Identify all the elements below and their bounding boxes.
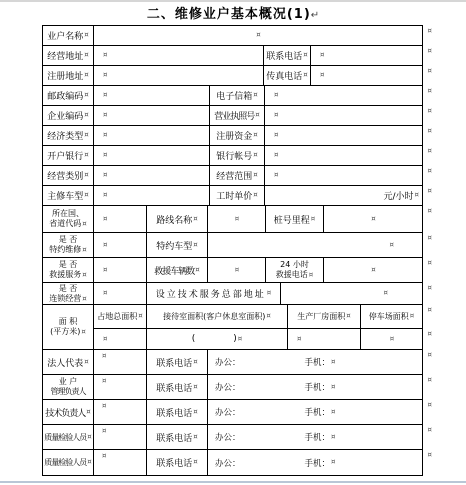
rescue-vehicles-value-cell[interactable]: ¤ xyxy=(208,258,266,282)
table-row: 开户银行¤ ¤ 银行帐号¤ ¤ ¤ xyxy=(43,146,422,166)
cell-end-mark: ¤ xyxy=(103,216,107,223)
business-name-value-cell[interactable]: ¤ xyxy=(94,26,422,45)
table-row: 经济类型¤ ¤ 注册资金¤ ¤ ¤ xyxy=(43,126,422,146)
registered-address-label: 注册地址¤ xyxy=(43,66,94,85)
land-area-label: 占地总面积¤ xyxy=(94,305,147,328)
mobile-label: 手机： xyxy=(305,406,331,418)
stake-mileage-value-cell[interactable]: ¤ xyxy=(324,206,422,232)
mobile-label: 手机： xyxy=(305,381,331,393)
cell-end-mark: ¤ xyxy=(193,409,197,416)
table-row: 业户名称¤ ¤ ¤ xyxy=(43,26,422,46)
cell-end-mark: ¤ xyxy=(193,384,197,391)
cell-end-mark: ¤ xyxy=(195,267,199,274)
cell-end-mark: ¤ xyxy=(103,336,107,343)
cell-end-mark: ¤ xyxy=(253,152,257,159)
chain-operation-value-cell[interactable]: ¤ xyxy=(94,283,147,304)
cell-end-mark: ¤ xyxy=(103,92,107,99)
road-code-value-cell[interactable]: ¤ xyxy=(94,206,147,232)
area-header-row: 占地总面积¤ 接待室面积(客户休息室面积)¤ 生产厂房面积¤ 停车场面积¤ ¤ xyxy=(94,305,422,329)
cell-end-mark: ¤ xyxy=(82,246,86,254)
table-row: 业 户管理负责人 ¤ 联系电话¤ 办公：手机：¤ ¤ xyxy=(43,375,422,400)
row-end-mark: ¤ xyxy=(428,48,432,55)
manager-value-cell[interactable]: ¤ xyxy=(94,375,147,399)
cell-end-mark: ¤ xyxy=(193,216,197,223)
cell-end-mark: ¤ xyxy=(138,313,142,320)
mobile-label: 手机： xyxy=(305,457,331,469)
row-end-mark: ¤ xyxy=(428,377,432,384)
cell-end-mark: ¤ xyxy=(84,172,88,179)
chain-operation-label: 是 否连锁经营¤ xyxy=(43,283,94,304)
cell-end-mark: ¤ xyxy=(193,459,197,466)
enterprise-code-label: 企业编码¤ xyxy=(43,106,94,125)
email-label: 电子信箱¤ xyxy=(210,86,265,105)
cell-end-mark: ¤ xyxy=(238,336,242,343)
cell-end-mark: ¤ xyxy=(82,271,86,279)
contact-phone-label: 联系电话¤ xyxy=(147,350,208,374)
table-row: 法人代表¤ ¤ 联系电话¤ 办公：手机：¤ ¤ xyxy=(43,350,422,375)
cell-end-mark: ¤ xyxy=(274,132,278,139)
postal-code-label: 邮政编码¤ xyxy=(43,86,94,105)
cell-end-mark: ¤ xyxy=(103,172,107,179)
economic-type-value-cell[interactable]: ¤ xyxy=(94,126,210,145)
contact-phone-label: 联系电话¤ xyxy=(147,400,208,424)
cell-end-mark: ¤ xyxy=(331,459,335,466)
row-end-mark: ¤ xyxy=(428,285,432,292)
authorized-vehicle-value-cell[interactable]: ¤ xyxy=(208,233,422,257)
row-end-mark: ¤ xyxy=(428,452,432,459)
table-row: 主修车型¤ ¤ 工时单价¤ 元/小时¤ ¤ xyxy=(43,186,422,206)
business-address-label: 经营地址¤ xyxy=(43,46,94,65)
business-name-label: 业户名称¤ xyxy=(43,26,94,45)
labor-price-unit: 元/小时 xyxy=(383,189,413,202)
cell-end-mark: ¤ xyxy=(346,313,350,320)
table-row: 质量检验人员¤ ¤ 联系电话¤ 办公：手机：¤ ¤ xyxy=(43,450,422,475)
row-end-mark: ¤ xyxy=(428,168,432,175)
cell-end-mark: ¤ xyxy=(87,434,91,441)
cell-end-mark: ¤ xyxy=(102,378,106,385)
labor-price-label: 工时单价¤ xyxy=(210,186,265,205)
cell-end-mark: ¤ xyxy=(84,152,88,159)
cell-end-mark: ¤ xyxy=(253,92,257,99)
cell-end-mark: ¤ xyxy=(390,242,394,249)
cell-end-mark: ¤ xyxy=(84,52,88,59)
business-scope-label: 经营范围¤ xyxy=(210,166,265,185)
workshop-area-value-cell[interactable]: ¤ xyxy=(288,329,361,349)
cell-end-mark: ¤ xyxy=(303,52,307,59)
rescue-hotline-value-cell[interactable]: ¤ xyxy=(324,258,422,282)
cell-end-mark: ¤ xyxy=(86,409,90,416)
cell-end-mark: ¤ xyxy=(103,132,107,139)
legal-rep-value-cell[interactable]: ¤ xyxy=(94,350,147,374)
business-license-value-cell[interactable]: ¤ xyxy=(265,106,422,125)
area-label: 面 积(平方米)¤ xyxy=(43,305,94,349)
business-scope-value-cell[interactable]: ¤ xyxy=(265,166,422,185)
cell-end-mark: ¤ xyxy=(84,92,88,99)
table-row: 面 积(平方米)¤ 占地总面积¤ 接待室面积(客户休息室面积)¤ 生产厂房面积¤… xyxy=(43,305,422,350)
cell-end-mark: ¤ xyxy=(331,359,335,366)
row-end-mark: ¤ xyxy=(428,28,432,35)
row-end-mark: ¤ xyxy=(428,331,432,338)
fax-label: 传真电话¤ xyxy=(264,66,311,85)
cell-end-mark: ¤ xyxy=(103,112,107,119)
cell-end-mark: ¤ xyxy=(84,132,88,139)
mobile-label: 手机： xyxy=(305,356,331,368)
contact-phone-label: 联系电话¤ xyxy=(264,46,311,65)
table-row: 是 否特约维修¤ ¤ 特约车型¤ ¤ ¤ xyxy=(43,233,422,258)
manager-phone-cell[interactable]: 办公：手机：¤ xyxy=(208,375,422,399)
cell-end-mark: ¤ xyxy=(320,72,324,79)
tech-director-phone-cell[interactable]: 办公：手机：¤ xyxy=(208,400,422,424)
area-subtable: 占地总面积¤ 接待室面积(客户休息室面积)¤ 生产厂房面积¤ 停车场面积¤ ¤ … xyxy=(94,305,422,349)
cell-end-mark: ¤ xyxy=(84,192,88,199)
cell-end-mark: ¤ xyxy=(103,267,107,274)
legal-rep-phone-cell[interactable]: 办公：手机：¤ xyxy=(208,350,422,374)
row-end-mark: ¤ xyxy=(428,88,432,95)
contact-phone-label: 联系电话¤ xyxy=(147,375,208,399)
labor-price-value-cell[interactable]: 元/小时¤ xyxy=(265,186,422,205)
economic-type-label: 经济类型¤ xyxy=(43,126,94,145)
row-end-mark: ¤ xyxy=(428,108,432,115)
office-label: 办公： xyxy=(215,381,241,393)
main-vehicle-type-value-cell[interactable]: ¤ xyxy=(94,186,210,205)
tech-director-value-cell[interactable]: ¤ xyxy=(94,400,147,424)
table-row: 是 否救援服务¤ ¤ 救援车辆数¤ ¤ 24 小时救援电话¤ ¤ ¤ xyxy=(43,258,422,283)
cell-end-mark: ¤ xyxy=(253,172,257,179)
parking-area-value-cell[interactable]: ¤ xyxy=(361,329,422,349)
window-top-edge xyxy=(0,0,466,2)
cell-end-mark: ¤ xyxy=(371,216,375,223)
office-label: 办公： xyxy=(215,406,241,418)
manager-label: 业 户管理负责人 xyxy=(43,375,94,399)
contact-phone-label: 联系电话¤ xyxy=(147,425,208,449)
cell-end-mark: ¤ xyxy=(102,428,106,435)
fax-value-cell[interactable]: ¤ xyxy=(311,66,422,85)
cell-end-mark: ¤ xyxy=(255,112,259,119)
mobile-label: 手机： xyxy=(305,431,331,443)
cell-end-mark: ¤ xyxy=(410,313,414,320)
row-end-mark: ¤ xyxy=(428,128,432,135)
paragraph-mark-icon: ↵ xyxy=(311,10,319,21)
registered-capital-label: 注册资金¤ xyxy=(210,126,265,145)
cell-end-mark: ¤ xyxy=(311,216,315,223)
registered-address-value-cell[interactable]: ¤ xyxy=(94,66,264,85)
cell-end-mark: ¤ xyxy=(274,112,278,119)
qa-inspector-phone-cell[interactable]: 办公：手机：¤ xyxy=(208,425,422,449)
cell-end-mark: ¤ xyxy=(82,220,86,228)
qa-inspector-value-cell[interactable]: ¤ xyxy=(94,450,147,475)
cell-end-mark: ¤ xyxy=(309,271,313,279)
business-license-label: 营业执照号¤ xyxy=(210,106,265,125)
table-row: 经营地址¤ ¤ 联系电话¤ ¤ ¤ xyxy=(43,46,422,66)
row-end-mark: ¤ xyxy=(428,307,432,314)
business-address-value-cell[interactable]: ¤ xyxy=(94,46,264,65)
rescue-hotline-label: 24 小时救援电话¤ xyxy=(266,258,324,282)
cell-end-mark: ¤ xyxy=(84,72,88,79)
cell-end-mark: ¤ xyxy=(256,32,260,39)
business-category-label: 经营类别¤ xyxy=(43,166,94,185)
road-code-label: 所在国、省道代码¤ xyxy=(43,206,94,232)
enterprise-code-value-cell[interactable]: ¤ xyxy=(94,106,210,125)
hq-address-label: 设立技术服务总部地址¤ xyxy=(147,283,281,304)
bank-account-label: 银行帐号¤ xyxy=(210,146,265,165)
cell-end-mark: ¤ xyxy=(274,92,278,99)
contact-phone-value-cell[interactable]: ¤ xyxy=(311,46,422,65)
form-table: 业户名称¤ ¤ ¤ 经营地址¤ ¤ 联系电话¤ ¤ ¤ 注册地址¤ ¤ 传真电话… xyxy=(42,25,423,476)
table-row: 邮政编码¤ ¤ 电子信箱¤ ¤ ¤ xyxy=(43,86,422,106)
row-end-mark: ¤ xyxy=(428,235,432,242)
email-value-cell[interactable]: ¤ xyxy=(265,86,422,105)
cell-end-mark: ¤ xyxy=(103,152,107,159)
reception-area-label: 接待室面积(客户休息室面积)¤ xyxy=(147,305,288,328)
row-end-mark: ¤ xyxy=(428,148,432,155)
cell-end-mark: ¤ xyxy=(267,290,271,297)
tech-director-label: 技术负责人¤ xyxy=(43,400,94,424)
cell-end-mark: ¤ xyxy=(87,459,91,466)
office-label: 办公： xyxy=(215,457,241,469)
cell-end-mark: ¤ xyxy=(384,290,388,297)
contact-phone-label: 联系电话¤ xyxy=(147,450,208,475)
authorized-repair-label: 是 否特约维修¤ xyxy=(43,233,94,257)
route-name-value-cell[interactable]: ¤ xyxy=(208,206,266,232)
route-name-label: 路线名称¤ xyxy=(147,206,208,232)
table-row: 技术负责人¤ ¤ 联系电话¤ 办公：手机：¤ ¤ xyxy=(43,400,422,425)
rescue-service-label: 是 否救援服务¤ xyxy=(43,258,94,282)
row-end-mark: ¤ xyxy=(428,260,432,267)
cell-end-mark: ¤ xyxy=(297,336,301,343)
cell-end-mark: ¤ xyxy=(235,267,239,274)
row-end-mark: ¤ xyxy=(428,352,432,359)
table-row: 经营类别¤ ¤ 经营范围¤ ¤ ¤ xyxy=(43,166,422,186)
cell-end-mark: ¤ xyxy=(274,152,278,159)
qa-inspector-label: 质量检验人员¤ xyxy=(43,450,94,475)
authorized-vehicle-label: 特约车型¤ xyxy=(147,233,208,257)
cell-end-mark: ¤ xyxy=(81,328,85,336)
cell-end-mark: ¤ xyxy=(84,112,88,119)
row-end-mark: ¤ xyxy=(428,427,432,434)
cell-end-mark: ¤ xyxy=(235,216,239,223)
authorized-repair-value-cell[interactable]: ¤ xyxy=(94,233,147,257)
cell-end-mark: ¤ xyxy=(331,434,335,441)
cell-end-mark: ¤ xyxy=(102,403,106,410)
cell-end-mark: ¤ xyxy=(253,132,257,139)
table-row: 注册地址¤ ¤ 传真电话¤ ¤ ¤ xyxy=(43,66,422,86)
business-category-value-cell[interactable]: ¤ xyxy=(94,166,210,185)
qa-inspector-label: 质量检验人员¤ xyxy=(43,425,94,449)
qa-inspector-phone-cell[interactable]: 办公：手机：¤ xyxy=(208,450,422,475)
row-end-mark: ¤ xyxy=(428,188,432,195)
cell-end-mark: ¤ xyxy=(103,242,107,249)
land-area-value-cell[interactable]: ¤ xyxy=(94,329,147,349)
hq-address-value-cell[interactable]: ¤ xyxy=(281,283,422,304)
rescue-vehicles-label: 救援车辆数¤ xyxy=(147,258,208,282)
cell-end-mark: ¤ xyxy=(103,290,107,297)
cell-end-mark: ¤ xyxy=(303,72,307,79)
cell-end-mark: ¤ xyxy=(193,434,197,441)
row-end-mark: ¤ xyxy=(428,208,432,215)
cell-end-mark: ¤ xyxy=(371,267,375,274)
table-row: 质量检验人员¤ ¤ 联系电话¤ 办公：手机：¤ ¤ xyxy=(43,425,422,450)
row-end-mark: ¤ xyxy=(428,402,432,409)
table-row: 是 否连锁经营¤ ¤ 设立技术服务总部地址¤ ¤ ¤ xyxy=(43,283,422,305)
cell-end-mark: ¤ xyxy=(415,192,419,199)
registered-capital-value-cell[interactable]: ¤ xyxy=(265,126,422,145)
qa-inspector-value-cell[interactable]: ¤ xyxy=(94,425,147,449)
office-label: 办公： xyxy=(215,356,241,368)
cell-end-mark: ¤ xyxy=(103,52,107,59)
row-end-mark: ¤ xyxy=(428,68,432,75)
bank-label: 开户银行¤ xyxy=(43,146,94,165)
stake-mileage-label: 桩号里程¤ xyxy=(266,206,324,232)
page-title: 二、维修业户基本概况(1)↵ xyxy=(0,3,466,22)
cell-end-mark: ¤ xyxy=(266,313,270,320)
main-vehicle-type-label: 主修车型¤ xyxy=(43,186,94,205)
table-row: 企业编码¤ ¤ 营业执照号¤ ¤ ¤ xyxy=(43,106,422,126)
cell-end-mark: ¤ xyxy=(102,353,106,360)
rescue-service-value-cell[interactable]: ¤ xyxy=(94,258,147,282)
legal-rep-label: 法人代表¤ xyxy=(43,350,94,374)
cell-end-mark: ¤ xyxy=(82,295,86,303)
cell-end-mark: ¤ xyxy=(274,172,278,179)
window-bottom-edge xyxy=(0,481,466,483)
area-value-row: ¤ ()¤ ¤ ¤ ¤ xyxy=(94,329,422,349)
bank-account-value-cell[interactable]: ¤ xyxy=(265,146,422,165)
cell-end-mark: ¤ xyxy=(331,384,335,391)
reception-area-value-cell[interactable]: ()¤ xyxy=(147,329,288,349)
cell-end-mark: ¤ xyxy=(331,409,335,416)
cell-end-mark: ¤ xyxy=(84,32,88,39)
cell-end-mark: ¤ xyxy=(253,192,257,199)
cell-end-mark: ¤ xyxy=(103,192,107,199)
cell-end-mark: ¤ xyxy=(193,359,197,366)
cell-end-mark: ¤ xyxy=(390,336,394,343)
workshop-area-label: 生产厂房面积¤ xyxy=(288,305,361,328)
cell-end-mark: ¤ xyxy=(84,359,88,366)
cell-end-mark: ¤ xyxy=(193,242,197,249)
bank-value-cell[interactable]: ¤ xyxy=(94,146,210,165)
table-row: 所在国、省道代码¤ ¤ 路线名称¤ ¤ 桩号里程¤ ¤ ¤ xyxy=(43,206,422,233)
cell-end-mark: ¤ xyxy=(320,52,324,59)
office-label: 办公： xyxy=(215,431,241,443)
parking-area-label: 停车场面积¤ xyxy=(361,305,422,328)
cell-end-mark: ¤ xyxy=(103,72,107,79)
cell-end-mark: ¤ xyxy=(102,453,106,460)
postal-code-value-cell[interactable]: ¤ xyxy=(94,86,210,105)
